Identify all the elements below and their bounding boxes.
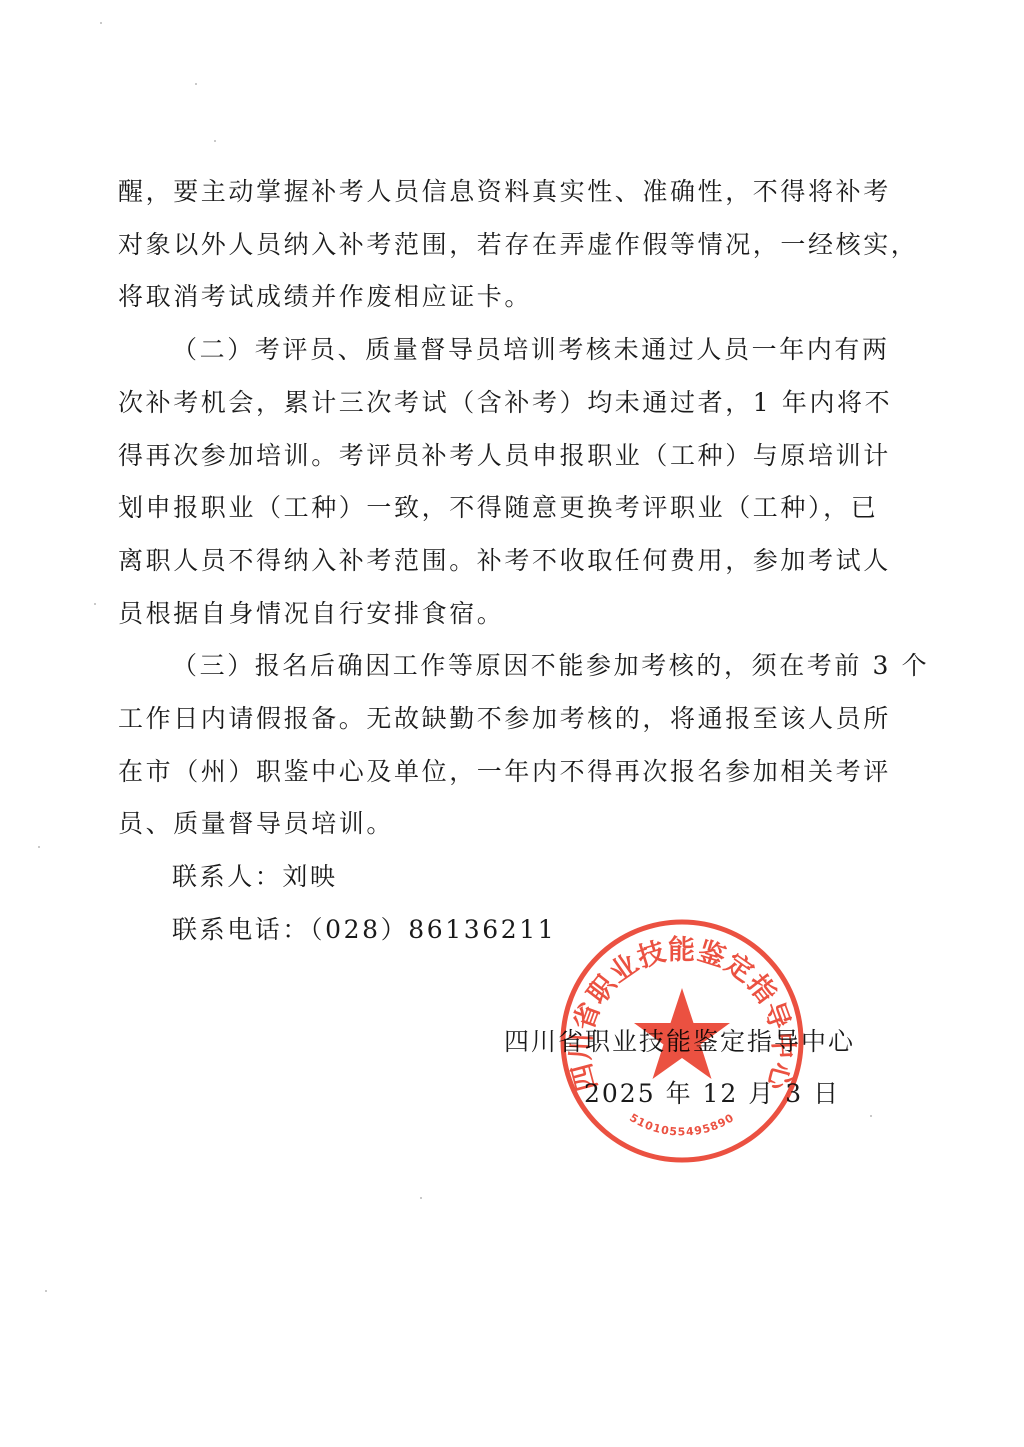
text-line: 离职人员不得纳入补考范围。补考不收取任何费用，参加考试人	[118, 535, 880, 588]
official-seal-icon: 四川省职业技能鉴定指导中心 5101055495890	[557, 916, 807, 1166]
text-line: 工作日内请假报备。无故缺勤不参加考核的，将通报至该人员所	[118, 693, 880, 746]
star-icon	[634, 988, 730, 1079]
scan-speck	[45, 1290, 47, 1292]
paragraph-section-3: （三）报名后确因工作等原因不能参加考核的，须在考前 3 个 工作日内请假报备。无…	[118, 640, 880, 851]
text-line: 得再次参加培训。考评员补考人员申报职业（工种）与原培训计	[118, 430, 880, 483]
text-line: 在市（州）职鉴中心及单位，一年内不得再次报名参加相关考评	[118, 746, 880, 799]
text-line: 对象以外人员纳入补考范围，若存在弄虚作假等情况，一经核实，	[118, 219, 880, 272]
stamp-serial: 5101055495890	[627, 1111, 737, 1139]
text-line: 划申报职业（工种）一致，不得随意更换考评职业（工种），已	[118, 482, 880, 535]
text-line: 员、质量督导员培训。	[118, 798, 880, 851]
scan-speck	[420, 1197, 422, 1199]
paragraph-continuation: 醒，要主动掌握补考人员信息资料真实性、准确性，不得将补考 对象以外人员纳入补考范…	[118, 166, 880, 324]
paragraph-section-2: （二）考评员、质量督导员培训考核未通过人员一年内有两 次补考机会，累计三次考试（…	[118, 324, 880, 640]
svg-text:5101055495890: 5101055495890	[627, 1111, 737, 1139]
text-line: 将取消考试成绩并作废相应证卡。	[118, 271, 880, 324]
text-line: 醒，要主动掌握补考人员信息资料真实性、准确性，不得将补考	[118, 166, 880, 219]
contact-person: 联系人：刘映	[118, 851, 880, 904]
scan-speck	[214, 140, 216, 142]
document-page: 醒，要主动掌握补考人员信息资料真实性、准确性，不得将补考 对象以外人员纳入补考范…	[0, 0, 1024, 1447]
scan-speck	[870, 1115, 872, 1117]
text-line: （三）报名后确因工作等原因不能参加考核的，须在考前 3 个	[118, 640, 880, 693]
text-line: （二）考评员、质量督导员培训考核未通过人员一年内有两	[118, 324, 880, 377]
text-line: 员根据自身情况自行安排食宿。	[118, 588, 880, 641]
text-line: 次补考机会，累计三次考试（含补考）均未通过者，1 年内将不	[118, 377, 880, 430]
scan-speck	[195, 83, 197, 85]
scan-speck	[100, 22, 102, 24]
document-body: 醒，要主动掌握补考人员信息资料真实性、准确性，不得将补考 对象以外人员纳入补考范…	[118, 166, 880, 957]
contact-person-text: 联系人：刘映	[172, 851, 880, 904]
scan-speck	[38, 846, 40, 848]
scan-speck	[94, 603, 96, 605]
